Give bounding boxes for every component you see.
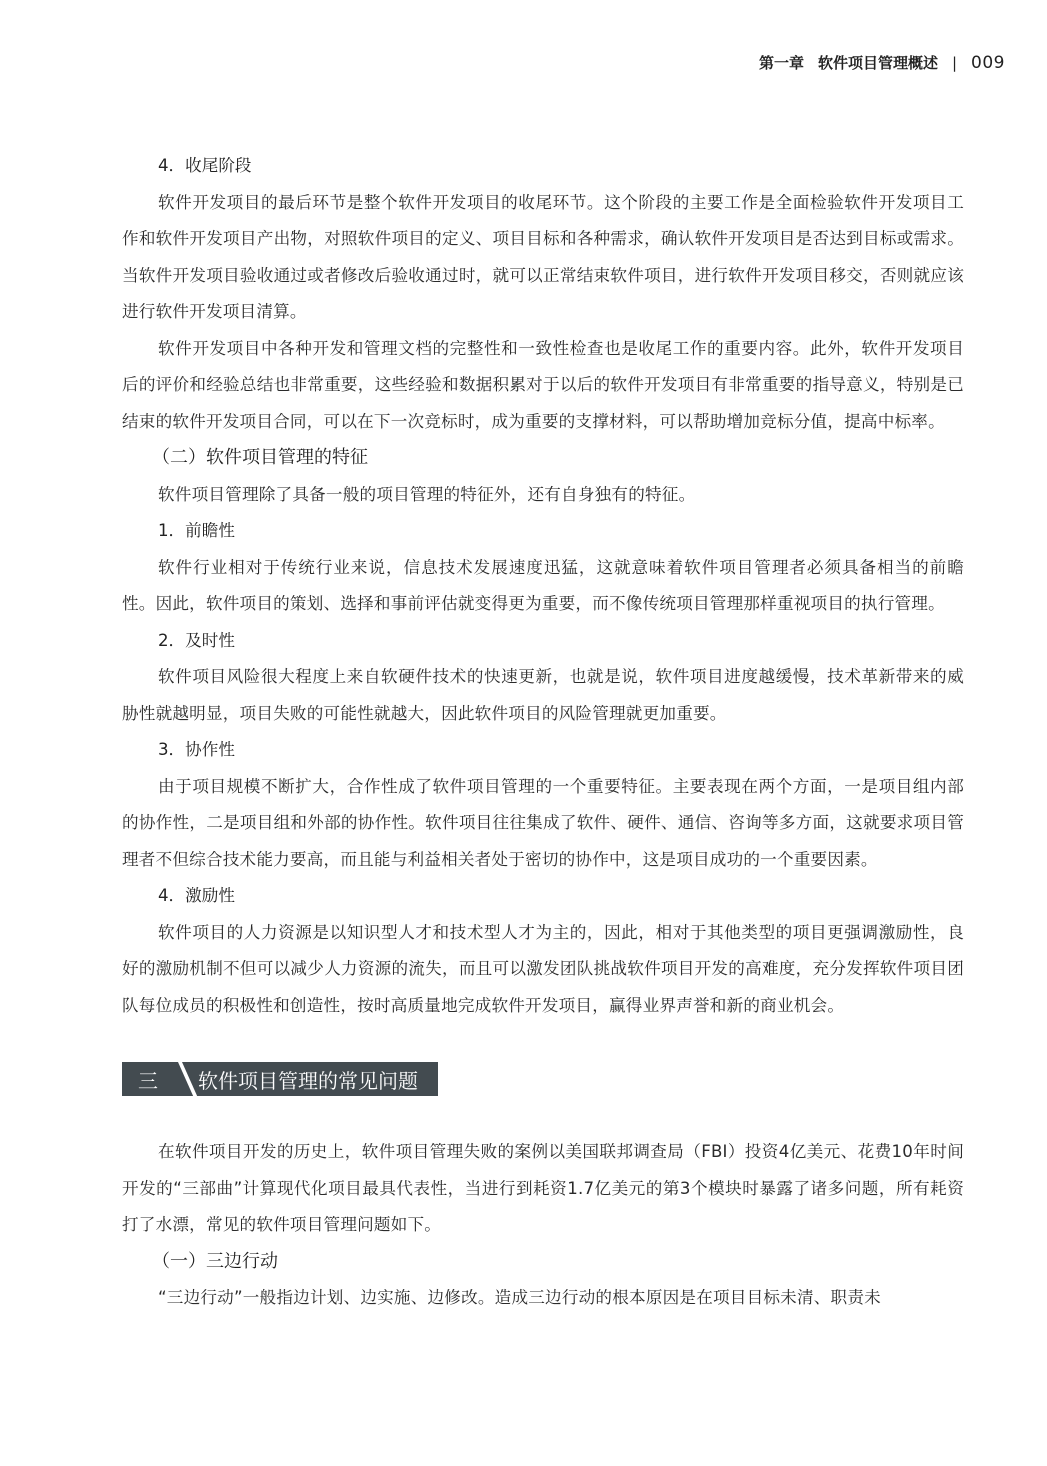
subheading-motivation: 4．激励性 [122,878,964,915]
chapter-title: 软件项目管理概述 [818,52,938,73]
page-body: 4．收尾阶段 软件开发项目的最后环节是整个软件开发项目的收尾环节。这个阶段的主要… [122,148,964,1317]
paragraph: “三边行动”一般指边计划、边实施、边修改。造成三边行动的根本原因是在项目目标未清… [122,1280,964,1317]
section-banner: 三 软件项目管理的常见问题 [122,1062,438,1096]
section-heading-features: （二）软件项目管理的特征 [122,440,964,477]
paragraph: 软件开发项目中各种开发和管理文档的完整性和一致性检查也是收尾工作的重要内容。此外… [122,331,964,441]
running-header: 第一章 软件项目管理概述 | 009 [759,52,1005,73]
paragraph: 软件行业相对于传统行业来说，信息技术发展速度迅猛，这就意味着软件项目管理者必须具… [122,550,964,623]
paragraph: 在软件项目开发的历史上，软件项目管理失败的案例以美国联邦调查局（FBI）投资4亿… [122,1134,964,1244]
slash-divider-icon [174,1062,196,1096]
page-number: 009 [971,53,1005,73]
paragraph: 软件项目管理除了具备一般的项目管理的特征外，还有自身独有的特征。 [122,477,964,514]
chapter-label: 第一章 [759,52,804,73]
header-separator: | [952,54,957,72]
subheading-collaboration: 3．协作性 [122,732,964,769]
paragraph: 软件项目风险很大程度上来自软硬件技术的快速更新，也就是说，软件项目进度越缓慢，技… [122,659,964,732]
section-number: 三 [122,1062,174,1096]
paragraph: 软件开发项目的最后环节是整个软件开发项目的收尾环节。这个阶段的主要工作是全面检验… [122,185,964,331]
section-heading-three-sides: （一）三边行动 [122,1244,964,1281]
paragraph: 由于项目规模不断扩大，合作性成了软件项目管理的一个重要特征。主要表现在两个方面，… [122,769,964,879]
subheading-foresight: 1．前瞻性 [122,513,964,550]
subheading-closing-stage: 4．收尾阶段 [122,148,964,185]
paragraph: 软件项目的人力资源是以知识型人才和技术型人才为主的，因此，相对于其他类型的项目更… [122,915,964,1025]
subheading-timeliness: 2．及时性 [122,623,964,660]
section-title: 软件项目管理的常见问题 [196,1062,438,1096]
